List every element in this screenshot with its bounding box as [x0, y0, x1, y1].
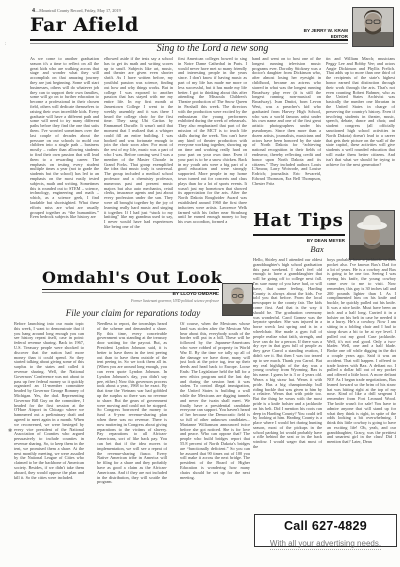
hat-tips-column-1: Hello, Shirley and I attended our oldest…	[253, 258, 322, 510]
advertising-box: Call 627-4829 With all your advertising …	[254, 514, 397, 547]
hat-tips-section-title: Hat Tips	[253, 210, 343, 231]
omdahl-headline: File your claim for reparations today	[14, 308, 252, 318]
far-afield-byline: BY JERRY W. KRAM EDITOR	[230, 28, 348, 40]
byline-role: EDITOR	[230, 34, 348, 40]
far-afield-column-4: band and went on to host one of the long…	[252, 57, 321, 213]
omdahl-byline: BY LLOYD OMDAHL	[90, 292, 219, 297]
publication-date-line: —Mountrail County Record, Friday, May 17…	[35, 8, 121, 13]
ad-phone-number: Call 627-4829	[255, 519, 396, 533]
hat-tips-rule	[253, 234, 345, 236]
far-afield-column-1: As we come to another graduation season …	[30, 57, 99, 270]
omdahl-column-3: Of course, when the Mexicans whose land …	[180, 322, 250, 548]
hat-tips-column-2: boys probably have a jackknife in their …	[327, 258, 396, 510]
hat-tips-headline: Bax	[253, 244, 381, 254]
far-afield-section-title: Far Afield	[30, 14, 139, 36]
ad-tagline: With all your advertising needs.	[270, 539, 381, 550]
omdahl-column-1: Before launching into our main topic thi…	[14, 322, 84, 548]
far-afield-headline: Sing to the Lord a new song	[30, 43, 395, 54]
omdahl-column-2: Needless to report, the townships heard …	[97, 322, 167, 548]
scan-artifact: :	[5, 42, 6, 47]
far-afield-column-5: tin and William March; musicians Peggy L…	[326, 57, 395, 213]
hat-tips-byline: BY DEAN MEYER	[253, 238, 345, 243]
far-afield-column-2: elbowed aside if the tests say a school …	[104, 57, 173, 270]
omdahl-byline-caption: Former lieutenant governor, UND politica…	[40, 299, 219, 303]
editor-photo	[352, 7, 394, 47]
omdahl-section-title: Omdahl's Out Look	[42, 268, 222, 287]
far-afield-column-3: first American colleges bowed to sing in…	[178, 57, 247, 270]
scan-artifact: ✱	[8, 428, 12, 434]
newspaper-page: 4—Mountrail County Record, Friday, May 1…	[0, 0, 400, 567]
